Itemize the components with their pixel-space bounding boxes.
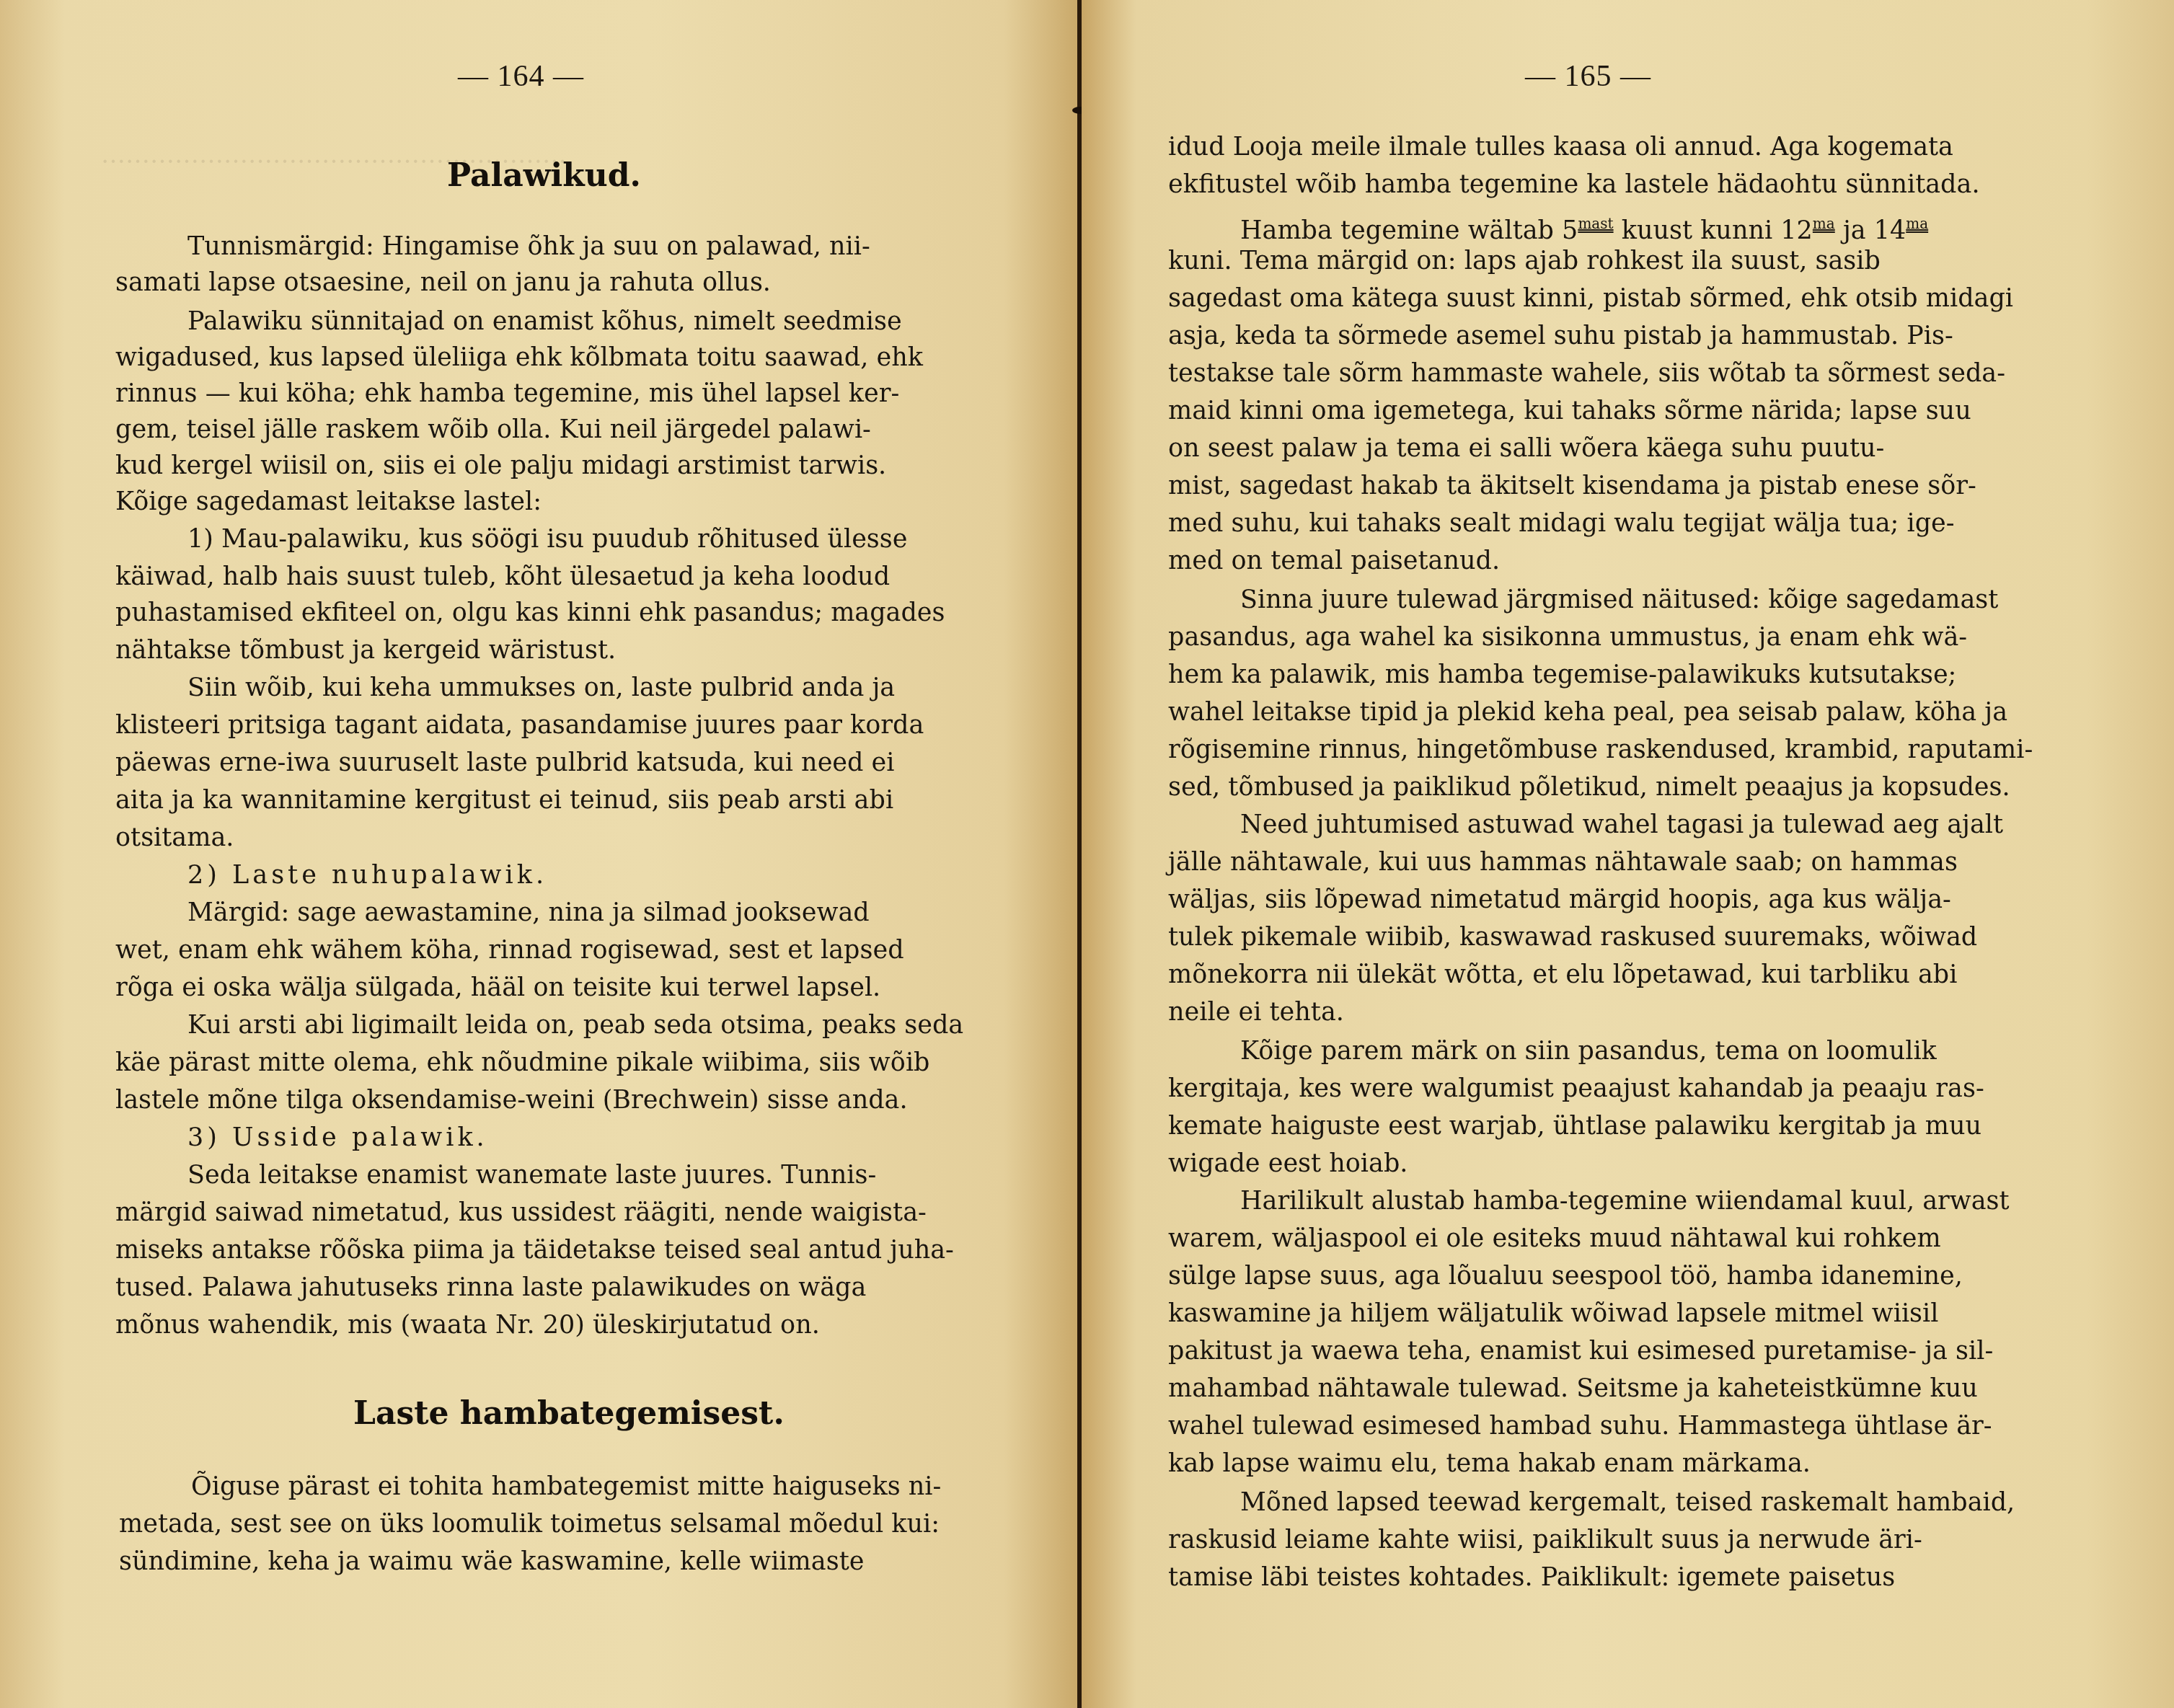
text-line: päewas erne-iwa suuruselt laste pulbrid … [115,747,895,779]
ordinal-suffix: ma [1906,215,1928,232]
text-line: metada, sest see on üks loomulik toimetu… [119,1508,940,1540]
text-line: kab lapse waimu elu, tema hakab enam mär… [1168,1448,1811,1479]
text-line: wäljas, siis lõpewad nimetatud märgid ho… [1168,884,1951,916]
text-line: tulek pikemale wiibib, kaswawad raskused… [1168,921,1977,953]
text-line: miseks antakse rõõska piima ja täidetaks… [115,1234,954,1266]
text-line: Kõige sagedamast leitakse lastel: [115,486,542,518]
text-line: mahambad nähtawale tulewad. Seitsme ja k… [1168,1373,1978,1404]
ordinal-suffix: ma [1813,215,1835,232]
text-line: Kui arsti abi ligimailt leida on, peab s… [187,1009,963,1041]
text-line: wigade eest hoiab. [1168,1148,1408,1180]
text-line: samati lapse otsaesine, neil on janu ja … [115,267,771,298]
text-line: wet, enam ehk wähem köha, rinnad rogisew… [115,934,904,966]
text-line: Märgid: sage aewastamine, nina ja silmad… [187,897,870,929]
text-line: klisteeri pritsiga tagant aidata, pasand… [115,709,924,741]
text-line: wahel tulewad esimesed hambad suhu. Hamm… [1168,1410,1992,1442]
text-line: kemate haiguste eest warjab, ühtlase pal… [1168,1110,1981,1142]
text-line: gem, teisel jälle raskem wõib olla. Kui … [115,414,871,446]
text-fragment: ja 14 [1835,216,1906,245]
text-line: sündimine, keha ja waimu wäe kaswamine, … [119,1546,864,1578]
text-line: Tunnismärgid: Hingamise õhk ja suu on pa… [187,231,870,262]
text-line: Palawiku sünnitajad on enamist kõhus, ni… [187,306,902,337]
text-line: Harilikult alustab hamba-tegemine wiiend… [1240,1185,2010,1217]
text-line: mõnus wahendik, mis (waata Nr. 20) ülesk… [115,1309,820,1341]
text-line: kud kergel wiisil on, siis ei ole palju … [115,450,886,482]
text-line: wahel leitakse tipid ja plekid keha peal… [1168,696,2007,728]
text-line: idud Looja meile ilmale tulles kaasa oli… [1168,131,1953,163]
right-page: — 165 — idud Looja meile ilmale tulles k… [1082,0,2174,1708]
list-item-3: 3) Usside palawik. [187,1122,488,1154]
text-line: warem, wäljaspool ei ole esiteks muud nä… [1168,1223,1941,1255]
text-line: käe pärast mitte olema, ehk nõudmine pik… [115,1047,930,1079]
text-line: Õiguse pärast ei tohita hambategemist mi… [191,1471,941,1503]
text-fragment: Hamba tegemine wältab 5 [1240,216,1578,245]
section-heading-palawikud: Palawikud. [447,157,641,194]
text-line: wigadused, kus lapsed üleliiga ehk kõlbm… [115,342,923,373]
text-fragment: kuust kunni 12 [1614,216,1813,245]
text-line: on seest palaw ja tema ei salli wõera kä… [1168,433,1884,464]
list-item-2: 2) Laste nuhupalawik. [187,859,547,891]
text-line: tamise läbi teistes kohtades. Paiklikult… [1168,1562,1895,1593]
text-line: märgid saiwad nimetatud, kus ussidest rä… [115,1197,927,1229]
text-line-with-ordinals: Hamba tegemine wältab 5mast kuust kunni … [1240,208,1928,247]
text-line: hem ka palawik, mis hamba tegemise-palaw… [1168,659,1956,691]
section-heading-laste-hambategemisest: Laste hambategemisest. [353,1395,785,1432]
text-line: nähtakse tõmbust ja kergeid wäristust. [115,634,616,666]
text-line: kaswamine ja hiljem wäljatulik wõiwad la… [1168,1298,1938,1329]
text-line: aita ja ka wannitamine kergitust ei tein… [115,784,893,816]
text-line: Need juhtumised astuwad wahel tagasi ja … [1240,809,2003,841]
text-line: mõnekorra nii ülekät wõtta, et elu lõpet… [1168,959,1957,991]
ordinal-suffix: mast [1578,215,1613,232]
text-line: Mõned lapsed teewad kergemalt, teised ra… [1240,1487,2015,1518]
list-item-1: 1) Mau-palawiku, kus söögi isu puudub rõ… [187,523,908,555]
text-line: jälle nähtawale, kui uus hammas nähtawal… [1168,846,1958,878]
page-number-165: — 165 — [1525,59,1651,94]
text-line: sagedast oma kätega suust kinni, pistab … [1168,283,2013,314]
text-line: ekfitustel wõib hamba tegemine ka lastel… [1168,169,1980,200]
text-line: lastele mõne tilga oksendamise-weini (Br… [115,1084,908,1116]
text-line: käiwad, halb hais suust tuleb, kõht üles… [115,561,890,593]
page-number-164: — 164 — [458,59,584,94]
text-line: neile ei tehta. [1168,996,1344,1028]
text-line: Siin wõib, kui keha ummukses on, laste p… [187,672,895,704]
text-line: puhastamised ekfiteel on, olgu kas kinni… [115,597,945,629]
text-line: raskusid leiame kahte wiisi, paiklikult … [1168,1524,1922,1556]
text-line: pakitust ja waewa teha, enamist kui esim… [1168,1335,1993,1367]
text-line: rõgisemine rinnus, hingetõmbuse raskendu… [1168,734,2033,766]
text-line: rõga ei oska wälja sülgada, hääl on teis… [115,972,880,1004]
text-line: asja, keda ta sõrmede asemel suhu pistab… [1168,320,1953,352]
text-line: mist, sagedast hakab ta äkitselt kisenda… [1168,470,1976,502]
text-line: rinnus — kui köha; ehk hamba tegemine, m… [115,378,899,410]
text-line: pasandus, aga wahel ka sisikonna ummustu… [1168,621,1967,653]
text-line: Seda leitakse enamist wanemate laste juu… [187,1159,876,1191]
text-line: tused. Palawa jahutuseks rinna laste pal… [115,1272,866,1304]
text-line: sed, tõmbused ja paiklikud põletikud, ni… [1168,771,2010,803]
text-line: maid kinni oma igemetega, kui tahaks sõr… [1168,395,1971,427]
text-line: kergitaja, kes were walgumist peaajust k… [1168,1073,1984,1105]
text-line: med on temal paisetanud. [1168,545,1500,577]
text-line: sülge lapse suus, aga lõualuu seespool t… [1168,1260,1963,1292]
text-line: testakse tale sõrm hammaste wahele, siis… [1168,358,2005,389]
text-line: otsitama. [115,822,234,854]
text-line: med suhu, kui tahaks sealt midagi walu t… [1168,508,1955,539]
book-spread: ………………………………………………… — 164 — Palawikud. T… [0,0,2174,1708]
left-page: ………………………………………………… — 164 — Palawikud. T… [0,0,1079,1708]
text-line: Sinna juure tulewad järgmised näitused: … [1240,584,1998,616]
text-line: Kõige parem märk on siin pasandus, tema … [1240,1035,1937,1067]
text-line: kuni. Tema märgid on: laps ajab rohkest … [1168,245,1881,277]
